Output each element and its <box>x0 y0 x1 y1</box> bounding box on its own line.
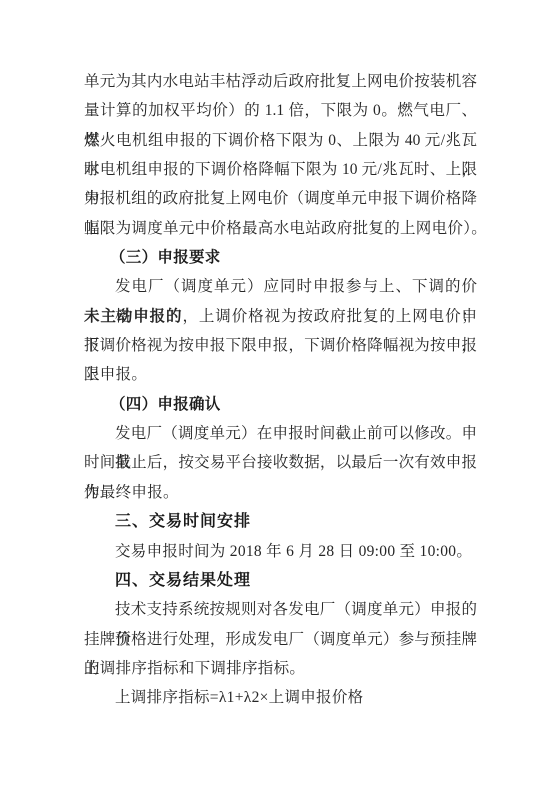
body-line: 时间截止后，按交易平台接收数据，以最后一次有效申报作 <box>84 448 477 477</box>
body-line: 上限为调度单元中价格最高水电站政府批复的上网电价）。 <box>84 214 477 243</box>
bold-text-run: 未主动申报的 <box>84 308 182 325</box>
body-line: 发电厂（调度单元）应同时申报参与上、下调的价格； <box>84 272 477 301</box>
document-page: 单元为其内水电站丰枯浮动后政府批复上网电价按装机容 量计算的加权平均价）的 1.… <box>0 0 560 792</box>
document-body: 单元为其内水电站丰枯浮动后政府批复上网电价按装机容 量计算的加权平均价）的 1.… <box>84 67 477 713</box>
formula-line: 上调排序指标=λ1+λ2×上调申报价格 <box>84 683 477 712</box>
body-line: 水电机组申报的下调价格降幅下限为 10 元/兆瓦时、上限为 <box>84 155 477 184</box>
section-heading-trading-time: 三、交易时间安排 <box>84 507 477 536</box>
body-line: 下调价格视为按申报下限申报，下调价格降幅视为按申报上 <box>84 331 477 360</box>
body-line: 上调排序指标和下调排序指标。 <box>84 654 477 683</box>
body-line: 量计算的加权平均价）的 1.1 倍，下限为 0。燃气电厂、燃 <box>84 96 477 125</box>
body-line: 交易申报时间为 2018 年 6 月 28 日 09:00 至 10:00。 <box>84 537 477 566</box>
body-line: 未主动申报的，上调价格视为按政府批复的上网电价申报， <box>84 302 477 331</box>
body-line: 发电厂（调度单元）在申报时间截止前可以修改。申报 <box>84 419 477 448</box>
body-line: 单元为其内水电站丰枯浮动后政府批复上网电价按装机容 <box>84 67 477 96</box>
body-line: 煤火电机组申报的下调价格下限为 0、上限为 40 元/兆瓦时， <box>84 126 477 155</box>
body-line: 为最终申报。 <box>84 478 477 507</box>
body-line: 技术支持系统按规则对各发电厂（调度单元）申报的预 <box>84 595 477 624</box>
subsection-heading-declaration-confirmation: （四）申报确认 <box>84 390 477 419</box>
section-heading-trading-results: 四、交易结果处理 <box>84 566 477 595</box>
body-line: 限申报。 <box>84 360 477 389</box>
subsection-heading-declaration-requirements: （三）申报要求 <box>84 243 477 272</box>
body-line: 申报机组的政府批复上网电价（调度单元申报下调价格降幅 <box>84 184 477 213</box>
body-line: 挂牌价格进行处理，形成发电厂（调度单元）参与预挂牌的 <box>84 625 477 654</box>
